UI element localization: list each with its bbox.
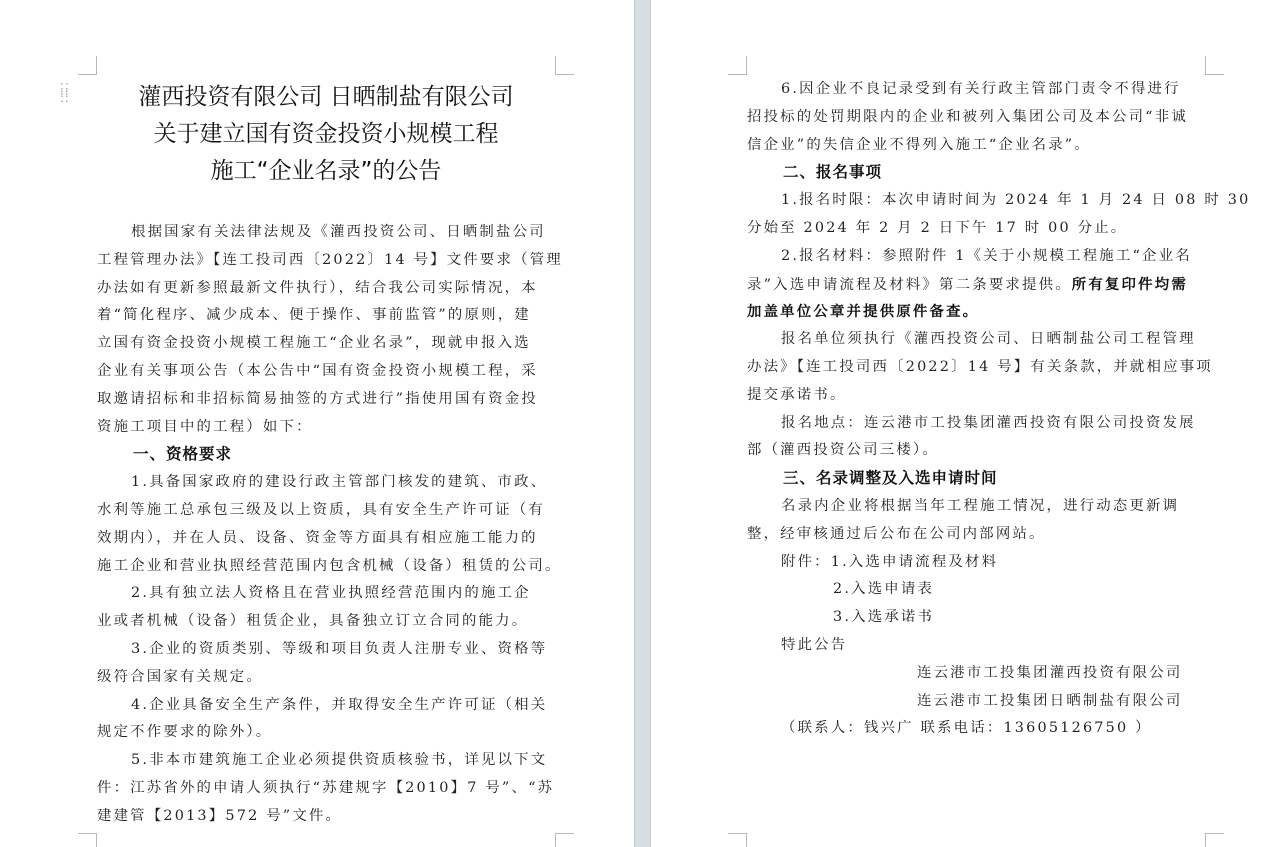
item-3-line: 3.企业的资质类别、等级和项目负责人注册专业、资格等 xyxy=(97,636,557,664)
item-4-line: 规定不作要求的除外）。 xyxy=(97,719,557,747)
margin-corner-mark xyxy=(728,56,747,75)
closing-text: 特此公告 xyxy=(747,632,1207,660)
item-1-line: 水利等施工总承包三级及以上资质，具有安全生产许可证（有 xyxy=(97,497,557,525)
adjustment-line: 名录内企业将根据当年工程施工情况，进行动态更新调 xyxy=(747,493,1207,521)
material-bold-text: 所有复印件均需 xyxy=(1072,276,1188,293)
signature-line: 连云港市工投集团日晒制盐有限公司 xyxy=(747,688,1207,716)
compliance-line: 提交承诺书。 xyxy=(747,382,1207,410)
item-1-line: 效期内），并在人员、设备、资金等方面具有相应施工能力的 xyxy=(97,525,557,553)
margin-corner-mark xyxy=(78,833,97,847)
margin-corner-mark xyxy=(1205,833,1224,847)
item-1-line: 施工企业和营业执照经营范围内包含机械（设备）租赁的公司。 xyxy=(97,553,557,581)
compliance-line: 办法》【连工投司西〔2022〕14 号】有关条款，并就相应事项 xyxy=(747,354,1207,382)
intro-paragraph-line: 取邀请招标和非招标简易抽签的方式进行”指使用国有资金投 xyxy=(97,386,557,414)
intro-paragraph-line: 着“简化程序、减少成本、便于操作、事前监管”的原则，建 xyxy=(97,302,557,330)
material-text: 录”入选申请流程及材料》第二条要求提供。 xyxy=(747,277,1072,293)
item-5-line: 5.非本市建筑施工企业必须提供资质核验书，详见以下文 xyxy=(97,747,557,775)
contact-info: （联系人：钱兴广 联系电话：13605126750 ） xyxy=(747,715,1207,743)
registration-time-line: 分始至 2024 年 2 月 2 日下午 17 时 00 分止。 xyxy=(747,215,1207,243)
intro-paragraph-line: 工程管理办法》【连工投司西〔2022〕14 号】文件要求（管理 xyxy=(97,247,557,275)
document-body-right: 6.因企业不良记录受到有关行政主管部门责令不得进行 招投标的处罚期限内的企业和被… xyxy=(747,76,1207,743)
margin-corner-mark xyxy=(555,833,574,847)
signature-line: 连云港市工投集团灌西投资有限公司 xyxy=(747,660,1207,688)
section-heading-adjustment: 三、名录调整及入选申请时间 xyxy=(747,465,1207,493)
margin-corner-mark xyxy=(555,56,574,75)
item-6-line: 6.因企业不良记录受到有关行政主管部门责令不得进行 xyxy=(747,76,1207,104)
registration-material-line: 2.报名材料：参照附件 1《关于小规模工程施工“企业名 xyxy=(747,243,1207,271)
intro-paragraph-line: 办法如有更新参照最新文件执行），结合我公司实际情况，本 xyxy=(97,275,557,303)
section-heading-qualifications: 一、资格要求 xyxy=(97,441,557,469)
title-line: 灌西投资有限公司 日晒制盐有限公司 xyxy=(96,79,556,116)
attachment-3: 3.入选承诺书 xyxy=(747,604,1207,632)
item-6-line: 信企业”的失信企业不得列入施工“企业名录”。 xyxy=(747,132,1207,160)
intro-paragraph-line: 立国有资金投资小规模工程施工“企业名录”，现就申报入选 xyxy=(97,330,557,358)
item-3-line: 级符合国家有关规定。 xyxy=(97,664,557,692)
document-body-left: 根据国家有关法律法规及《灌西投资公司、日晒制盐公司 工程管理办法》【连工投司西〔… xyxy=(97,219,557,831)
document-page-left: ⁚⁚⁚⁚⁚⁚ 灌西投资有限公司 日晒制盐有限公司 关于建立国有资金投资小规模工程… xyxy=(0,0,634,847)
item-5-line: 件：江苏省外的申请人须执行“苏建规字【2010】7 号”、“苏 xyxy=(97,775,557,803)
item-6-line: 招投标的处罚期限内的企业和被列入集团公司及本公司“非诚 xyxy=(747,104,1207,132)
item-2-line: 2.具有独立法人资格且在营业执照经营范围内的施工企 xyxy=(97,580,557,608)
document-title: 灌西投资有限公司 日晒制盐有限公司 关于建立国有资金投资小规模工程 施工“企业名… xyxy=(96,79,556,190)
page-gap xyxy=(634,0,651,847)
compliance-line: 报名单位须执行《灌西投资公司、日晒制盐公司工程管理 xyxy=(747,326,1207,354)
item-2-line: 业或者机械（设备）租赁企业，具备独立订立合同的能力。 xyxy=(97,608,557,636)
location-line: 部（灌西投资公司三楼）。 xyxy=(747,437,1207,465)
attachment-2: 2.入选申请表 xyxy=(747,576,1207,604)
location-line: 报名地点：连云港市工投集团灌西投资有限公司投资发展 xyxy=(747,410,1207,438)
registration-time-line: 1.报名时限：本次申请时间为 2024 年 1 月 24 日 08 时 30 xyxy=(747,187,1207,215)
drag-handle-icon[interactable]: ⁚⁚⁚⁚⁚⁚ xyxy=(60,86,70,100)
material-bold-line: 加盖单位公章并提供原件备查。 xyxy=(747,298,1207,326)
title-line: 关于建立国有资金投资小规模工程 xyxy=(96,116,556,153)
intro-paragraph-line: 企业有关事项公告（本公告中“国有资金投资小规模工程，采 xyxy=(97,358,557,386)
margin-corner-mark xyxy=(1205,56,1224,75)
item-1-line: 1.具备国家政府的建设行政主管部门核发的建筑、市政、 xyxy=(97,469,557,497)
margin-corner-mark xyxy=(728,833,747,847)
title-line: 施工“企业名录”的公告 xyxy=(96,153,556,190)
item-4-line: 4.企业具备安全生产条件，并取得安全生产许可证（相关 xyxy=(97,692,557,720)
intro-paragraph-line: 资施工项目中的工程）如下： xyxy=(97,414,557,442)
attachment-1: 附件：1.入选申请流程及材料 xyxy=(747,549,1207,577)
section-heading-registration: 二、报名事项 xyxy=(747,159,1207,187)
registration-material-line: 录”入选申请流程及材料》第二条要求提供。所有复印件均需 xyxy=(747,271,1207,299)
item-5-line: 建建管【2013】572 号”文件。 xyxy=(97,803,557,831)
adjustment-line: 整，经审核通过后公布在公司内部网站。 xyxy=(747,521,1207,549)
intro-paragraph-line: 根据国家有关法律法规及《灌西投资公司、日晒制盐公司 xyxy=(97,219,557,247)
margin-corner-mark xyxy=(78,56,97,75)
